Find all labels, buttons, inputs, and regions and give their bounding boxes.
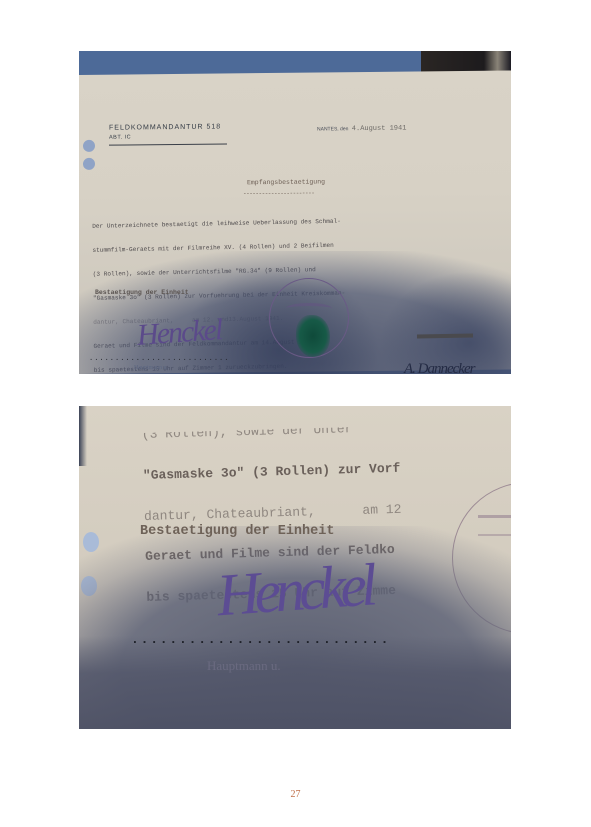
punch-hole-icon [83, 158, 95, 170]
body-line: Der Unterzeichnete bestaetigt die leihwe… [92, 214, 502, 231]
photo-shadow [79, 636, 511, 729]
ink-blot [296, 315, 330, 357]
letterhead-rule [109, 143, 227, 145]
unit-signature: Henckel [215, 551, 374, 631]
letterhead: FELDKOMMANDANTUR 518 ABT. IC [109, 124, 221, 141]
dateline-date: 4.August 1941 [352, 125, 407, 134]
signature-line: ........................... [131, 632, 390, 647]
paper-edge [79, 406, 87, 466]
letterhead-office: FELDKOMMANDANTUR 518 [109, 124, 221, 132]
eagle-emblem-icon [286, 303, 332, 314]
body-line: "Gasmaske 3o" (3 Rollen) zur Vorf [143, 458, 511, 482]
issuer-signature: A. Dannecker [404, 361, 474, 374]
official-stamp-icon [269, 278, 349, 358]
body-line: (3 Rollen), sowie der Unter [142, 422, 511, 442]
signature-line: ........................... [89, 355, 229, 363]
dateline-place: NANTES, den [317, 126, 348, 132]
document-photo-full: FELDKOMMANDANTUR 518 ABT. IC NANTES, den… [79, 51, 511, 374]
dateline: NANTES, den 4.August 1941 [317, 125, 406, 134]
unit-signature: Henckel [136, 313, 222, 353]
letterhead-department: ABT. IC [109, 134, 221, 141]
confirmation-label: Bestaetigung der Einheit [95, 289, 189, 296]
rank-label: Hauptmann u. [207, 658, 281, 674]
page-number: 27 [0, 789, 591, 800]
document-title-underline: ----------------------- [243, 190, 314, 198]
document-photo-detail: (3 Rollen), sowie der Unter "Gasmaske 3o… [79, 406, 511, 729]
rank-label: Hauptmann u. [134, 365, 168, 371]
document-title: Empfangsbestaetigung [247, 178, 325, 186]
photo-shadow [379, 271, 511, 374]
confirmation-label: Bestaetigung der Einheit [140, 524, 334, 539]
punch-hole-icon [83, 140, 95, 152]
body-line: dantur, Chateaubriant, am 12 [144, 499, 511, 523]
